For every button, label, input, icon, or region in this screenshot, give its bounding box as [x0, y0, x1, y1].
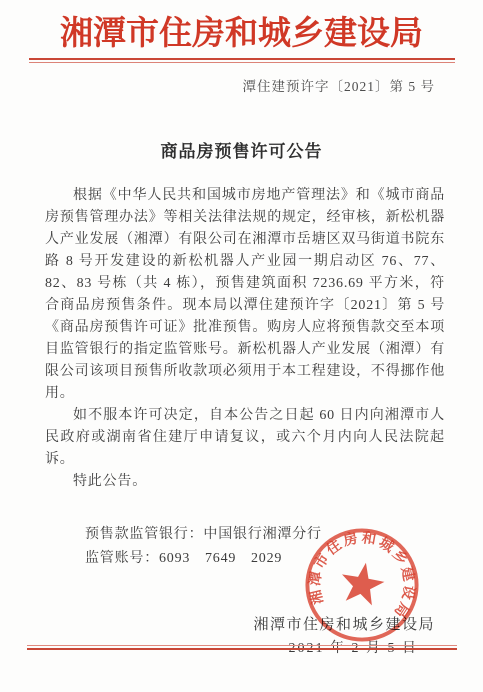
footer-divider-thick-line [27, 648, 457, 650]
notice-title: 商品房预售许可公告 [0, 141, 483, 163]
body-paragraph-3: 特此公告。 [45, 471, 445, 493]
header-divider-thick-line [29, 58, 455, 60]
footer-divider [27, 645, 457, 650]
supervision-bank-line: 预售款监管银行：中国银行湘潭分行 [85, 523, 445, 547]
notice-body: 根据《中华人民共和国城市房地产管理法》和《城市商品房预售管理办法》等相关法律法规… [45, 185, 445, 493]
body-paragraph-1: 根据《中华人民共和国城市房地产管理法》和《城市商品房预售管理办法》等相关法律法规… [45, 185, 445, 405]
issuing-agency-header: 湘潭市住房和城乡建设局 [0, 0, 483, 54]
body-paragraph-2: 如不服本许可决定，自本公告之日起 60 日内向湘潭市人民政府或湖南省住建厅申请复… [45, 405, 445, 471]
supervision-bank-block: 预售款监管银行：中国银行湘潭分行 监管账号：6093 7649 2029 [45, 523, 445, 571]
header-divider-thin-line [29, 62, 455, 63]
header-divider [29, 58, 455, 63]
signature-agency: 湘潭市住房和城乡建设局 [0, 616, 483, 634]
footer-divider-thin-line [27, 645, 457, 646]
official-notice-page: 湘潭市住房和城乡建设局 潭住建预许字〔2021〕第 5 号 商品房预售许可公告 … [0, 0, 483, 692]
document-number: 潭住建预许字〔2021〕第 5 号 [0, 77, 483, 97]
supervision-account-line: 监管账号：6093 7649 2029 [85, 547, 445, 571]
